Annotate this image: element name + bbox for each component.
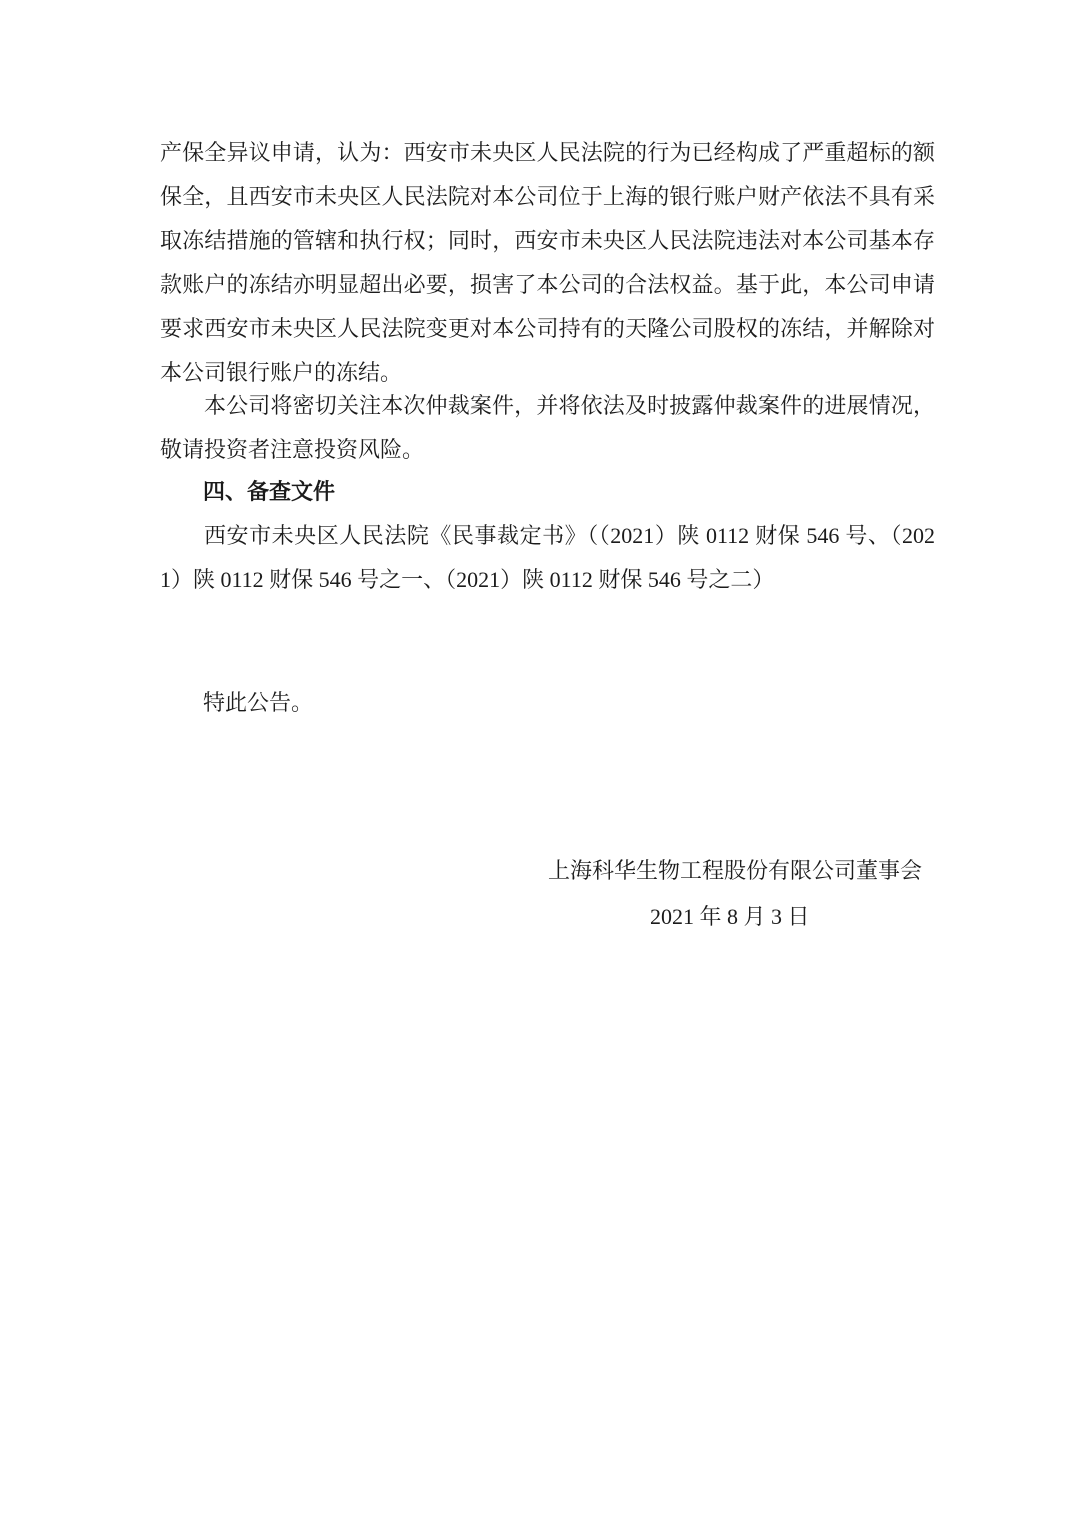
body-line: 产保全异议申请，认为：西安市未央区人民法院的行为已经构成了严重超标的额 xyxy=(160,131,935,175)
paragraph-risk-notice: 本公司将密切关注本次仲裁案件，并将依法及时披露仲裁案件的进展情况， 敬请投资者注… xyxy=(160,384,935,472)
body-line: 本公司将密切关注本次仲裁案件，并将依法及时披露仲裁案件的进展情况， xyxy=(160,384,935,428)
document-page: 产保全异议申请，认为：西安市未央区人民法院的行为已经构成了严重超标的额 保全，且… xyxy=(0,0,1080,1527)
section-heading-text: 四、备查文件 xyxy=(203,470,935,514)
paragraph-reference-documents: 西安市未央区人民法院《民事裁定书》（（2021）陕 0112 财保 546 号、… xyxy=(160,514,935,602)
body-line: 要求西安市未央区人民法院变更对本公司持有的天隆公司股权的冻结，并解除对 xyxy=(160,307,935,351)
section-heading-reference-documents: 四、备查文件 xyxy=(203,470,935,514)
signature-company: 上海科华生物工程股份有限公司董事会 xyxy=(548,849,922,893)
body-line: 保全，且西安市未央区人民法院对本公司位于上海的银行账户财产依法不具有采 xyxy=(160,175,935,219)
body-line: 款账户的冻结亦明显超出必要，损害了本公司的合法权益。基于此，本公司申请 xyxy=(160,263,935,307)
body-line: 敬请投资者注意投资风险。 xyxy=(160,428,935,472)
signature-date: 2021 年 8 月 3 日 xyxy=(650,895,810,939)
body-line: 西安市未央区人民法院《民事裁定书》（（2021）陕 0112 财保 546 号、… xyxy=(160,514,935,558)
body-line: 取冻结措施的管辖和执行权；同时，西安市未央区人民法院违法对本公司基本存 xyxy=(160,219,935,263)
body-line: 1）陕 0112 财保 546 号之一、（2021）陕 0112 财保 546 … xyxy=(160,558,935,602)
paragraph-freeze-objection: 产保全异议申请，认为：西安市未央区人民法院的行为已经构成了严重超标的额 保全，且… xyxy=(160,131,935,395)
closing-statement: 特此公告。 xyxy=(203,681,313,725)
